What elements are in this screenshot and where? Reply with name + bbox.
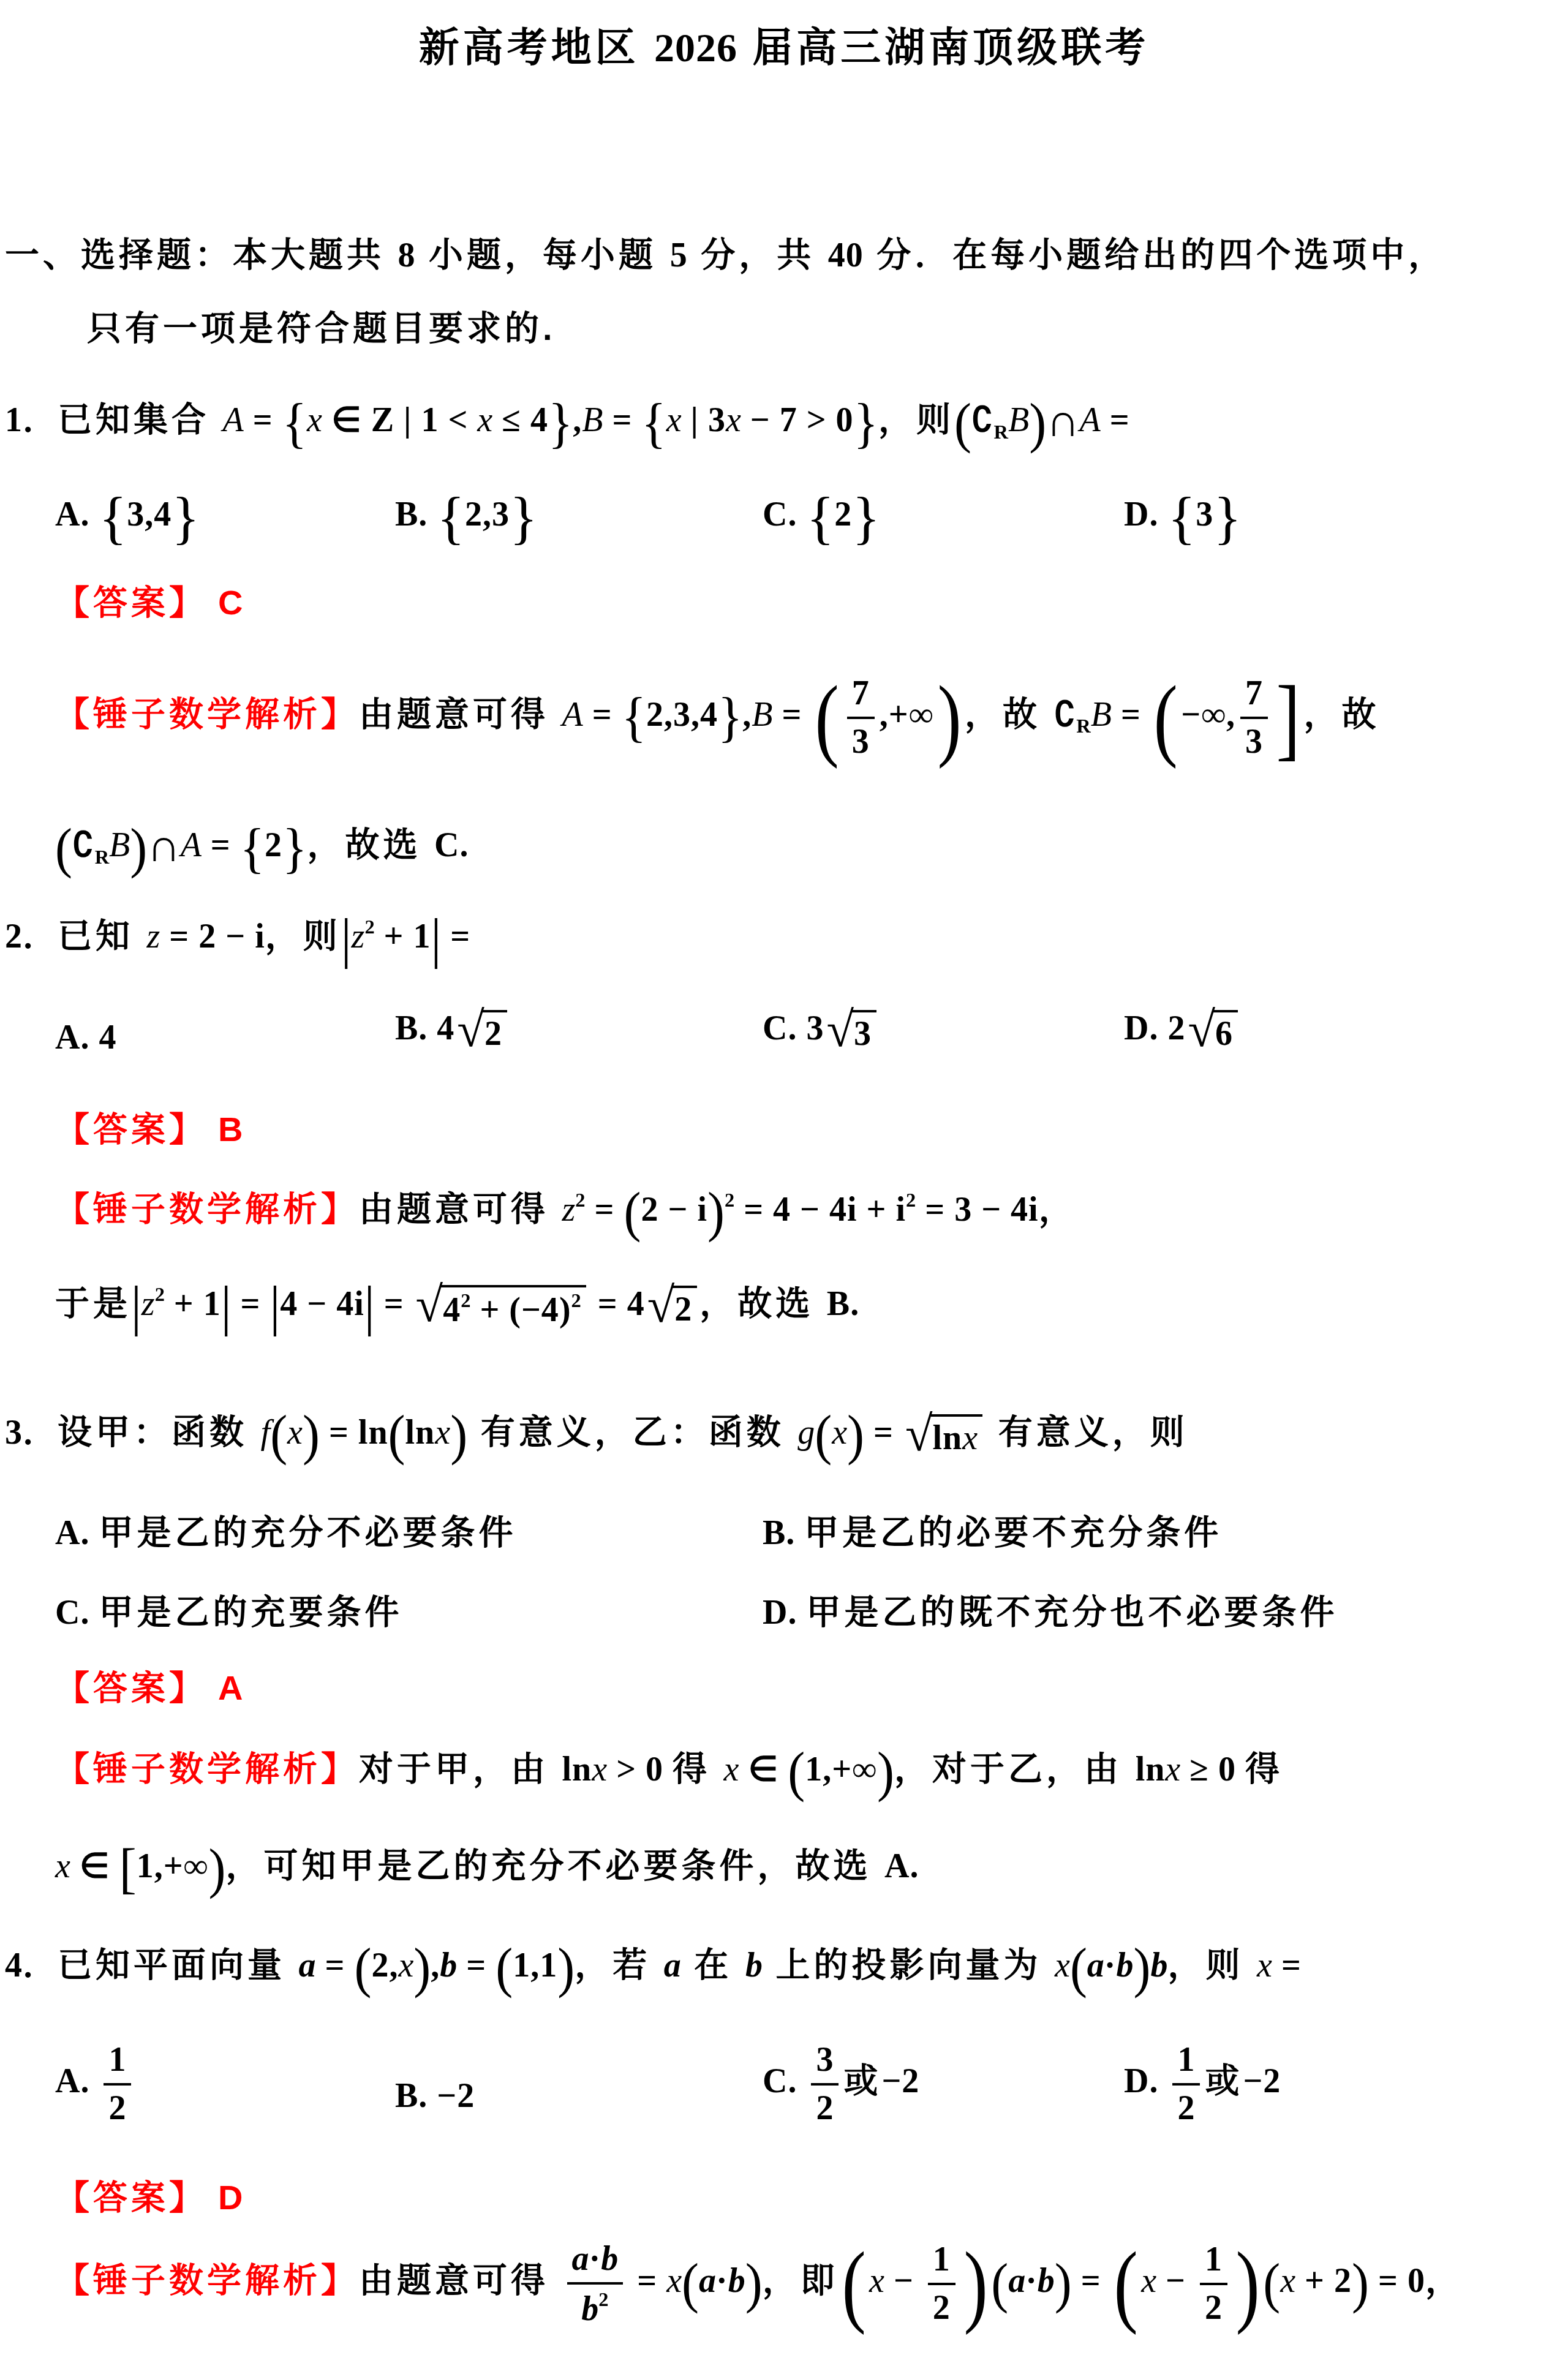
text-run: R (95, 846, 109, 869)
text-run: = (628, 2262, 666, 2300)
text-run: { (437, 489, 465, 547)
text-run: D. (1124, 1009, 1167, 1047)
text-run: a (299, 1946, 316, 1984)
text-run: ∈ (70, 1847, 119, 1885)
text-run: g (797, 1414, 815, 1452)
radical-sign-icon: √ (905, 1414, 933, 1454)
text-run: 3 (816, 2041, 834, 2079)
question-1-analysis-line-1: 【锤子数学解析】由题意可得 A = {2,3,4},B = (73,+∞)，故 … (55, 671, 1379, 765)
text-run: 3． (5, 1414, 58, 1452)
text-run: ，故选 (307, 825, 434, 864)
denominator: 2 (928, 2283, 956, 2326)
text-run: 分，共 (688, 235, 828, 274)
text-run: 2 (1177, 2089, 1195, 2127)
text-run: ∁ (971, 401, 994, 439)
text-run: = (1072, 2262, 1110, 2300)
text-run: b (1117, 1946, 1134, 1984)
text-run: { (1167, 489, 1196, 547)
text-run: 2 (1205, 2289, 1223, 2327)
text-run: 2 (575, 1189, 585, 1211)
text-run: 2 (816, 2089, 834, 2127)
text-run: · (1104, 1946, 1117, 1984)
text-run: ln (405, 1414, 435, 1452)
text-run: a (572, 2240, 589, 2278)
square-root: √6 (1188, 1010, 1238, 1053)
text-run: { (806, 489, 834, 547)
answer-label: 【答案】 (55, 1668, 207, 1707)
text-run: 2 (155, 1284, 165, 1306)
text-run: ] (1276, 671, 1300, 765)
text-run: ( (270, 1408, 287, 1464)
text-run: ，故选 (699, 1284, 827, 1322)
text-run: ∩ (147, 818, 180, 875)
text-run: B (752, 696, 772, 734)
text-run: 3 (1245, 723, 1263, 761)
text-run: = (441, 918, 470, 955)
text-run: 6 (1215, 1015, 1233, 1053)
text-run: 2 (364, 916, 374, 938)
text-run: −2 (437, 2077, 475, 2115)
text-run: 已知 (58, 916, 147, 955)
text-run: ( (1263, 2256, 1280, 2312)
text-run: B. (763, 1514, 804, 1552)
text-run: a (699, 2262, 716, 2300)
text-run: 2, (371, 1946, 398, 1984)
text-run: x (726, 401, 741, 439)
text-run: ) (130, 821, 147, 876)
text-run: ( (954, 396, 971, 451)
text-run: D. (1124, 2062, 1167, 2100)
text-run: 1,+∞ (805, 1750, 877, 1788)
text-run: 4 (437, 1009, 454, 1047)
text-run: = 4 − 4i + i (734, 1191, 906, 1229)
denominator: 2 (1200, 2283, 1227, 2326)
text-run: 届高三湖南顶级联考 (737, 24, 1149, 70)
question-4-answer: 【答案】D (55, 2177, 243, 2219)
fraction: 12 (1172, 2043, 1200, 2126)
text-run: 由题意可得 (359, 2261, 562, 2299)
text-run: = (864, 1414, 903, 1452)
square-root: √42 + (−4)2 (416, 1285, 586, 1329)
text-run: = 4 (589, 1285, 645, 1323)
text-run: 或 (843, 2061, 881, 2100)
text-run: } (718, 690, 742, 746)
text-run: 【锤子数学解析】 (55, 1189, 359, 1228)
text-run: 【锤子数学解析】 (55, 695, 359, 733)
text-run: a (1008, 2262, 1025, 2300)
numerator: 7 (847, 676, 875, 717)
text-run: [ (119, 1842, 137, 1897)
text-run: ， (1425, 2261, 1463, 2299)
text-run: ( (496, 1941, 513, 1997)
text-run: b (1038, 2262, 1055, 2300)
text-run: = (603, 401, 641, 439)
text-run: Z (371, 401, 394, 439)
question-2-analysis-line-2: 于是|z2 + 1| = |4 − 4i| = √42 + (−4)2 = 4√… (55, 1281, 859, 1333)
page-title: 新高考地区 2026 届高三湖南顶级联考 (0, 15, 1568, 73)
text-run: R (994, 421, 1008, 443)
text-run: A (181, 826, 202, 864)
text-run: C. (763, 2062, 806, 2100)
text-run: | (131, 1279, 141, 1335)
text-run: 40 (828, 236, 864, 274)
answer-label: 【答案】 (55, 1110, 207, 1148)
text-run: 已知平面向量 (58, 1945, 299, 1984)
text-run: 【锤子数学解析】 (55, 1749, 359, 1788)
fraction: 73 (1240, 676, 1268, 759)
text-run: + 2 (1295, 2262, 1352, 2300)
text-run: ( (1153, 671, 1177, 765)
text-run: −2 (881, 2062, 919, 2100)
square-root: √lnx (905, 1414, 982, 1458)
text-run: 4． (5, 1946, 58, 1984)
text-run: − 7 > 0 (741, 401, 854, 439)
text-run: | 3 (682, 401, 726, 439)
text-run: } (852, 489, 880, 547)
text-run: , (431, 1946, 440, 1984)
text-run: z (147, 918, 160, 955)
text-run: B. (395, 2077, 437, 2115)
text-run: A. (55, 1019, 99, 1057)
text-run: | (221, 1279, 232, 1335)
text-run: 2 (1167, 1009, 1185, 1047)
text-run: x (592, 1750, 607, 1788)
text-run: ( (55, 821, 72, 876)
text-run: 有意义，则 (985, 1412, 1188, 1451)
text-run: 2 (571, 1290, 581, 1312)
text-run: ( (509, 1291, 521, 1329)
text-run: 在 (681, 1945, 745, 1984)
text-run: ( (991, 2256, 1008, 2312)
radical-sign-icon: √ (1188, 1010, 1215, 1050)
answer-label: 【答案】 (55, 2178, 207, 2217)
text-run: D. (763, 1594, 806, 1632)
text-run: − (1156, 2262, 1195, 2300)
answer-value: A (218, 1668, 243, 1707)
text-run: } (548, 396, 573, 451)
text-run: 或 (1205, 2061, 1243, 2100)
text-run: 上的投影向量为 (763, 1945, 1055, 1984)
numerator: 1 (1172, 2043, 1200, 2083)
denominator: 3 (1240, 717, 1268, 759)
text-run: 新高考地区 (419, 24, 654, 70)
text-run: ∈ (739, 1750, 788, 1788)
text-run: ) (707, 1185, 725, 1241)
text-run: 4 (99, 1019, 116, 1057)
text-run: 1 < (421, 401, 477, 439)
text-run: ) (413, 1941, 431, 1997)
numerator: 3 (811, 2043, 839, 2083)
text-run: 5 (670, 236, 688, 274)
text-run: −2 (1243, 2062, 1281, 2100)
text-run: = (583, 696, 622, 734)
text-run: z (141, 1285, 155, 1323)
text-run: 1． (5, 401, 58, 439)
text-run: x (1055, 1946, 1070, 1984)
text-run: ( (354, 1941, 371, 1997)
question-3-option-b: B. 甲是乙的必要不充分条件 (763, 1512, 1222, 1554)
text-run: b (581, 2289, 598, 2327)
text-run: 2 (461, 1290, 470, 1312)
question-4-stem: 4．已知平面向量 a = (2,x),b = (1,1)，若 a 在 b 上的投… (5, 1943, 1302, 1994)
text-run: ) (963, 2237, 987, 2331)
text-run: A. (884, 1847, 919, 1885)
numerator: 1 (928, 2242, 956, 2283)
text-run: b (601, 2240, 618, 2278)
text-run: x (666, 401, 682, 439)
text-run: 2 (108, 2089, 126, 2127)
text-run: } (854, 396, 878, 451)
question-1-option-b: B. {2,3} (395, 489, 538, 547)
text-run: ) (208, 1842, 225, 1897)
text-run: ，则 (265, 916, 341, 955)
text-run: 得 (673, 1749, 724, 1788)
numerator: 1 (1200, 2242, 1227, 2283)
text-run: ( (682, 2256, 699, 2312)
text-run: B (1091, 696, 1112, 734)
text-run: | (341, 912, 352, 968)
text-run: 3 (852, 723, 870, 761)
question-2-answer: 【答案】B (55, 1109, 243, 1151)
answer-value: B (218, 1110, 243, 1148)
text-run: 得 (1245, 1749, 1283, 1788)
text-run: 7 (1245, 674, 1263, 712)
answer-value: D (218, 2178, 243, 2217)
text-run: ) (1235, 2237, 1259, 2331)
text-run: = (773, 696, 812, 734)
text-run: B (109, 826, 130, 864)
denominator: 3 (847, 717, 875, 759)
text-run: 2 (725, 1189, 734, 1211)
text-run: 1,+∞ (137, 1847, 209, 1885)
question-1-option-a: A. {3,4} (55, 489, 200, 547)
question-3-analysis-line-2: x ∈ [1,+∞)，可知甲是乙的充分不必要条件，故选 A. (55, 1844, 919, 1895)
question-2-stem: 2．已知 z = 2 − i，则|z2 + 1| = (5, 914, 470, 965)
text-run: ( (388, 1408, 405, 1464)
text-run: ) (847, 1408, 864, 1464)
text-run: a (664, 1946, 681, 1984)
radicand: 42 + (−4)2 (441, 1285, 586, 1329)
text-run: ∈ (322, 401, 371, 439)
text-run: 甲是乙的既不充分也不必要条件 (806, 1592, 1338, 1631)
question-4-option-a: A. 12 (55, 2043, 136, 2126)
text-run: x (962, 1419, 978, 1457)
text-run: 已知集合 (58, 400, 223, 439)
text-run: ( (624, 1185, 641, 1241)
question-1-option-c: C. {2} (763, 489, 880, 547)
question-3-stem: 3．设甲：函数 f(x) = ln(lnx) 有意义，乙：函数 g(x) = √… (5, 1410, 1188, 1461)
text-run: A (223, 401, 244, 439)
question-2-analysis-line-1: 【锤子数学解析】由题意可得 z2 = (2 − i)2 = 4 − 4i + i… (55, 1187, 1077, 1238)
answer-value: C (218, 583, 243, 622)
text-run: −4 (521, 1291, 559, 1329)
text-run: ) (1029, 396, 1046, 451)
question-1-stem: 1．已知集合 A = {x ∈ Z | 1 < x ≤ 4},B = {x | … (5, 393, 1130, 450)
question-3-analysis-line-1: 【锤子数学解析】对于甲，由 lnx > 0 得 x ∈ (1,+∞)，对于乙，由… (55, 1747, 1283, 1798)
fraction: a·bb2 (567, 2242, 624, 2327)
text-run: ) (303, 1408, 320, 1464)
radicand: 2 (483, 1010, 507, 1053)
text-run: 1 (1205, 2240, 1223, 2278)
text-run: ) (745, 2256, 763, 2312)
text-run: x (1141, 2262, 1156, 2300)
question-1-option-d: D. {3} (1124, 489, 1242, 547)
text-run: = (202, 826, 240, 864)
text-run: B. (827, 1285, 859, 1323)
text-run: b (1151, 1946, 1168, 1984)
text-run: + 1 (375, 918, 431, 955)
text-run: 对于甲，由 (359, 1749, 562, 1788)
text-run: 2,3 (465, 496, 510, 533)
text-run: = 2 − i (160, 918, 265, 955)
text-run: A (1080, 401, 1101, 439)
fraction: 73 (847, 676, 875, 759)
text-run: x (477, 401, 492, 439)
text-run: x (1257, 1946, 1272, 1984)
text-run: x (1165, 1750, 1180, 1788)
text-run: { (240, 821, 265, 876)
text-run: B. (395, 496, 437, 533)
fraction: 12 (928, 2242, 956, 2326)
text-run: A (562, 696, 583, 734)
text-run: ) (557, 1941, 575, 1997)
text-run: − (884, 2262, 923, 2300)
text-run: = (1112, 696, 1150, 734)
text-run: f (261, 1414, 271, 1452)
text-run: ≥ 0 (1180, 1750, 1245, 1788)
denominator: b2 (567, 2282, 624, 2327)
text-run: C. (434, 826, 469, 864)
text-run: = (457, 1946, 496, 1984)
text-run: 2 (265, 826, 282, 864)
text-run: B. (395, 1009, 437, 1047)
text-run: 甲是乙的充分不必要条件 (99, 1513, 516, 1551)
text-run: x (398, 1946, 413, 1984)
text-run: 8 (398, 236, 416, 274)
fraction: 12 (104, 2043, 131, 2126)
text-run: 小题，每小题 (416, 235, 670, 274)
text-run: 一、选择题：本大题共 (5, 235, 398, 274)
text-run: x (435, 1414, 450, 1452)
text-run: ( (815, 671, 839, 765)
question-3-option-d: D. 甲是乙的既不充分也不必要条件 (763, 1591, 1338, 1634)
text-run: = ln (320, 1414, 388, 1452)
text-run: ) (877, 1745, 894, 1801)
text-run: b (728, 2262, 745, 2300)
denominator: 2 (1172, 2083, 1200, 2126)
section-header-line-2: 只有一项是符合题目要求的. (87, 307, 556, 350)
text-run: 有意义，乙：函数 (467, 1412, 797, 1451)
text-run: = 3 − 4i (916, 1191, 1038, 1229)
text-run: D. (1124, 496, 1167, 533)
text-run: ，则 (878, 400, 954, 439)
text-run: ln (1136, 1750, 1166, 1788)
text-run: 1 (933, 2240, 951, 2278)
radical-sign-icon: √ (457, 1010, 484, 1050)
numerator: a·b (567, 2242, 624, 2282)
question-2-option-a: A. 4 (55, 1017, 116, 1058)
text-run: 【锤子数学解析】 (55, 2261, 359, 2299)
text-run: ，则 (1168, 1945, 1257, 1984)
text-run: 1 (108, 2041, 126, 2079)
text-run: ( (815, 1408, 832, 1464)
text-run: 2． (5, 918, 58, 955)
text-run: 由题意可得 (359, 695, 562, 733)
text-run: R (1076, 715, 1090, 737)
text-run: z (352, 918, 365, 955)
text-run: ,+∞ (880, 696, 934, 734)
text-run: ( (1070, 1941, 1087, 1997)
text-run: = (1101, 401, 1130, 439)
text-run: C. (763, 496, 806, 533)
text-run: ) (937, 671, 961, 765)
radicand: 3 (852, 1010, 876, 1053)
text-run: { (641, 396, 666, 451)
text-run: 7 (852, 674, 870, 712)
question-1-analysis-line-2: (∁RB)∩A = {2}，故选 C. (55, 818, 469, 875)
text-run: B (582, 401, 603, 439)
text-run: 甲是乙的必要不充分条件 (804, 1513, 1222, 1551)
text-run: 由题意可得 (359, 1189, 562, 1228)
square-root: √3 (826, 1010, 876, 1053)
text-run: 分．在每小题给出的四个选项中， (864, 235, 1447, 274)
text-run: 2 (834, 496, 852, 533)
question-2-option-c: C. 3√3 (763, 1008, 879, 1053)
text-run: ) (559, 1291, 571, 1329)
text-run: ) (1055, 2256, 1072, 2312)
question-1-answer: 【答案】C (55, 582, 243, 624)
text-run: ，故 (1303, 695, 1379, 733)
text-run: x (832, 1414, 847, 1452)
text-run: ∁ (72, 826, 95, 864)
text-run: x (55, 1847, 70, 1885)
text-run: = (1272, 1946, 1302, 1984)
exam-page: 新高考地区 2026 届高三湖南顶级联考 一、选择题：本大题共 8 小题，每小题… (0, 0, 1568, 2374)
text-run: 3 (1196, 496, 1213, 533)
text-run: ) (450, 1408, 467, 1464)
fraction: 12 (1200, 2242, 1227, 2326)
text-run: 2 (674, 1291, 692, 1328)
text-run: · (589, 2240, 601, 2278)
text-run: x (307, 401, 322, 439)
text-run: } (171, 489, 200, 547)
radicand: 2 (673, 1286, 697, 1329)
text-run: 2 (933, 2289, 951, 2327)
text-run: | (364, 1279, 375, 1335)
question-3-option-a: A. 甲是乙的充分不必要条件 (55, 1512, 516, 1554)
text-run: 1 (1177, 2041, 1195, 2079)
text-run: ln (562, 1750, 592, 1788)
radical-sign-icon: √ (647, 1286, 675, 1325)
radicand: 6 (1213, 1010, 1238, 1053)
text-run: ∩ (1046, 393, 1079, 450)
text-run: b (440, 1946, 457, 1984)
text-run: B (1008, 401, 1029, 439)
text-run: ( (1114, 2237, 1137, 2331)
numerator: 1 (104, 2043, 131, 2083)
question-4-analysis-line-1: 【锤子数学解析】由题意可得 a·bb2 = x(a·b)，即(x − 12)(a… (55, 2237, 1463, 2331)
text-run: 2,3,4 (646, 696, 718, 734)
text-run: ≤ 4 (492, 401, 548, 439)
text-run: a (1087, 1946, 1104, 1984)
text-run: > 0 (607, 1750, 673, 1788)
text-run: } (282, 821, 307, 876)
text-run: x (287, 1414, 303, 1452)
text-run: 3 (854, 1015, 872, 1053)
text-run: 2 (906, 1189, 916, 1211)
text-run: = (586, 1191, 624, 1229)
text-run: 设甲：函数 (58, 1412, 261, 1451)
